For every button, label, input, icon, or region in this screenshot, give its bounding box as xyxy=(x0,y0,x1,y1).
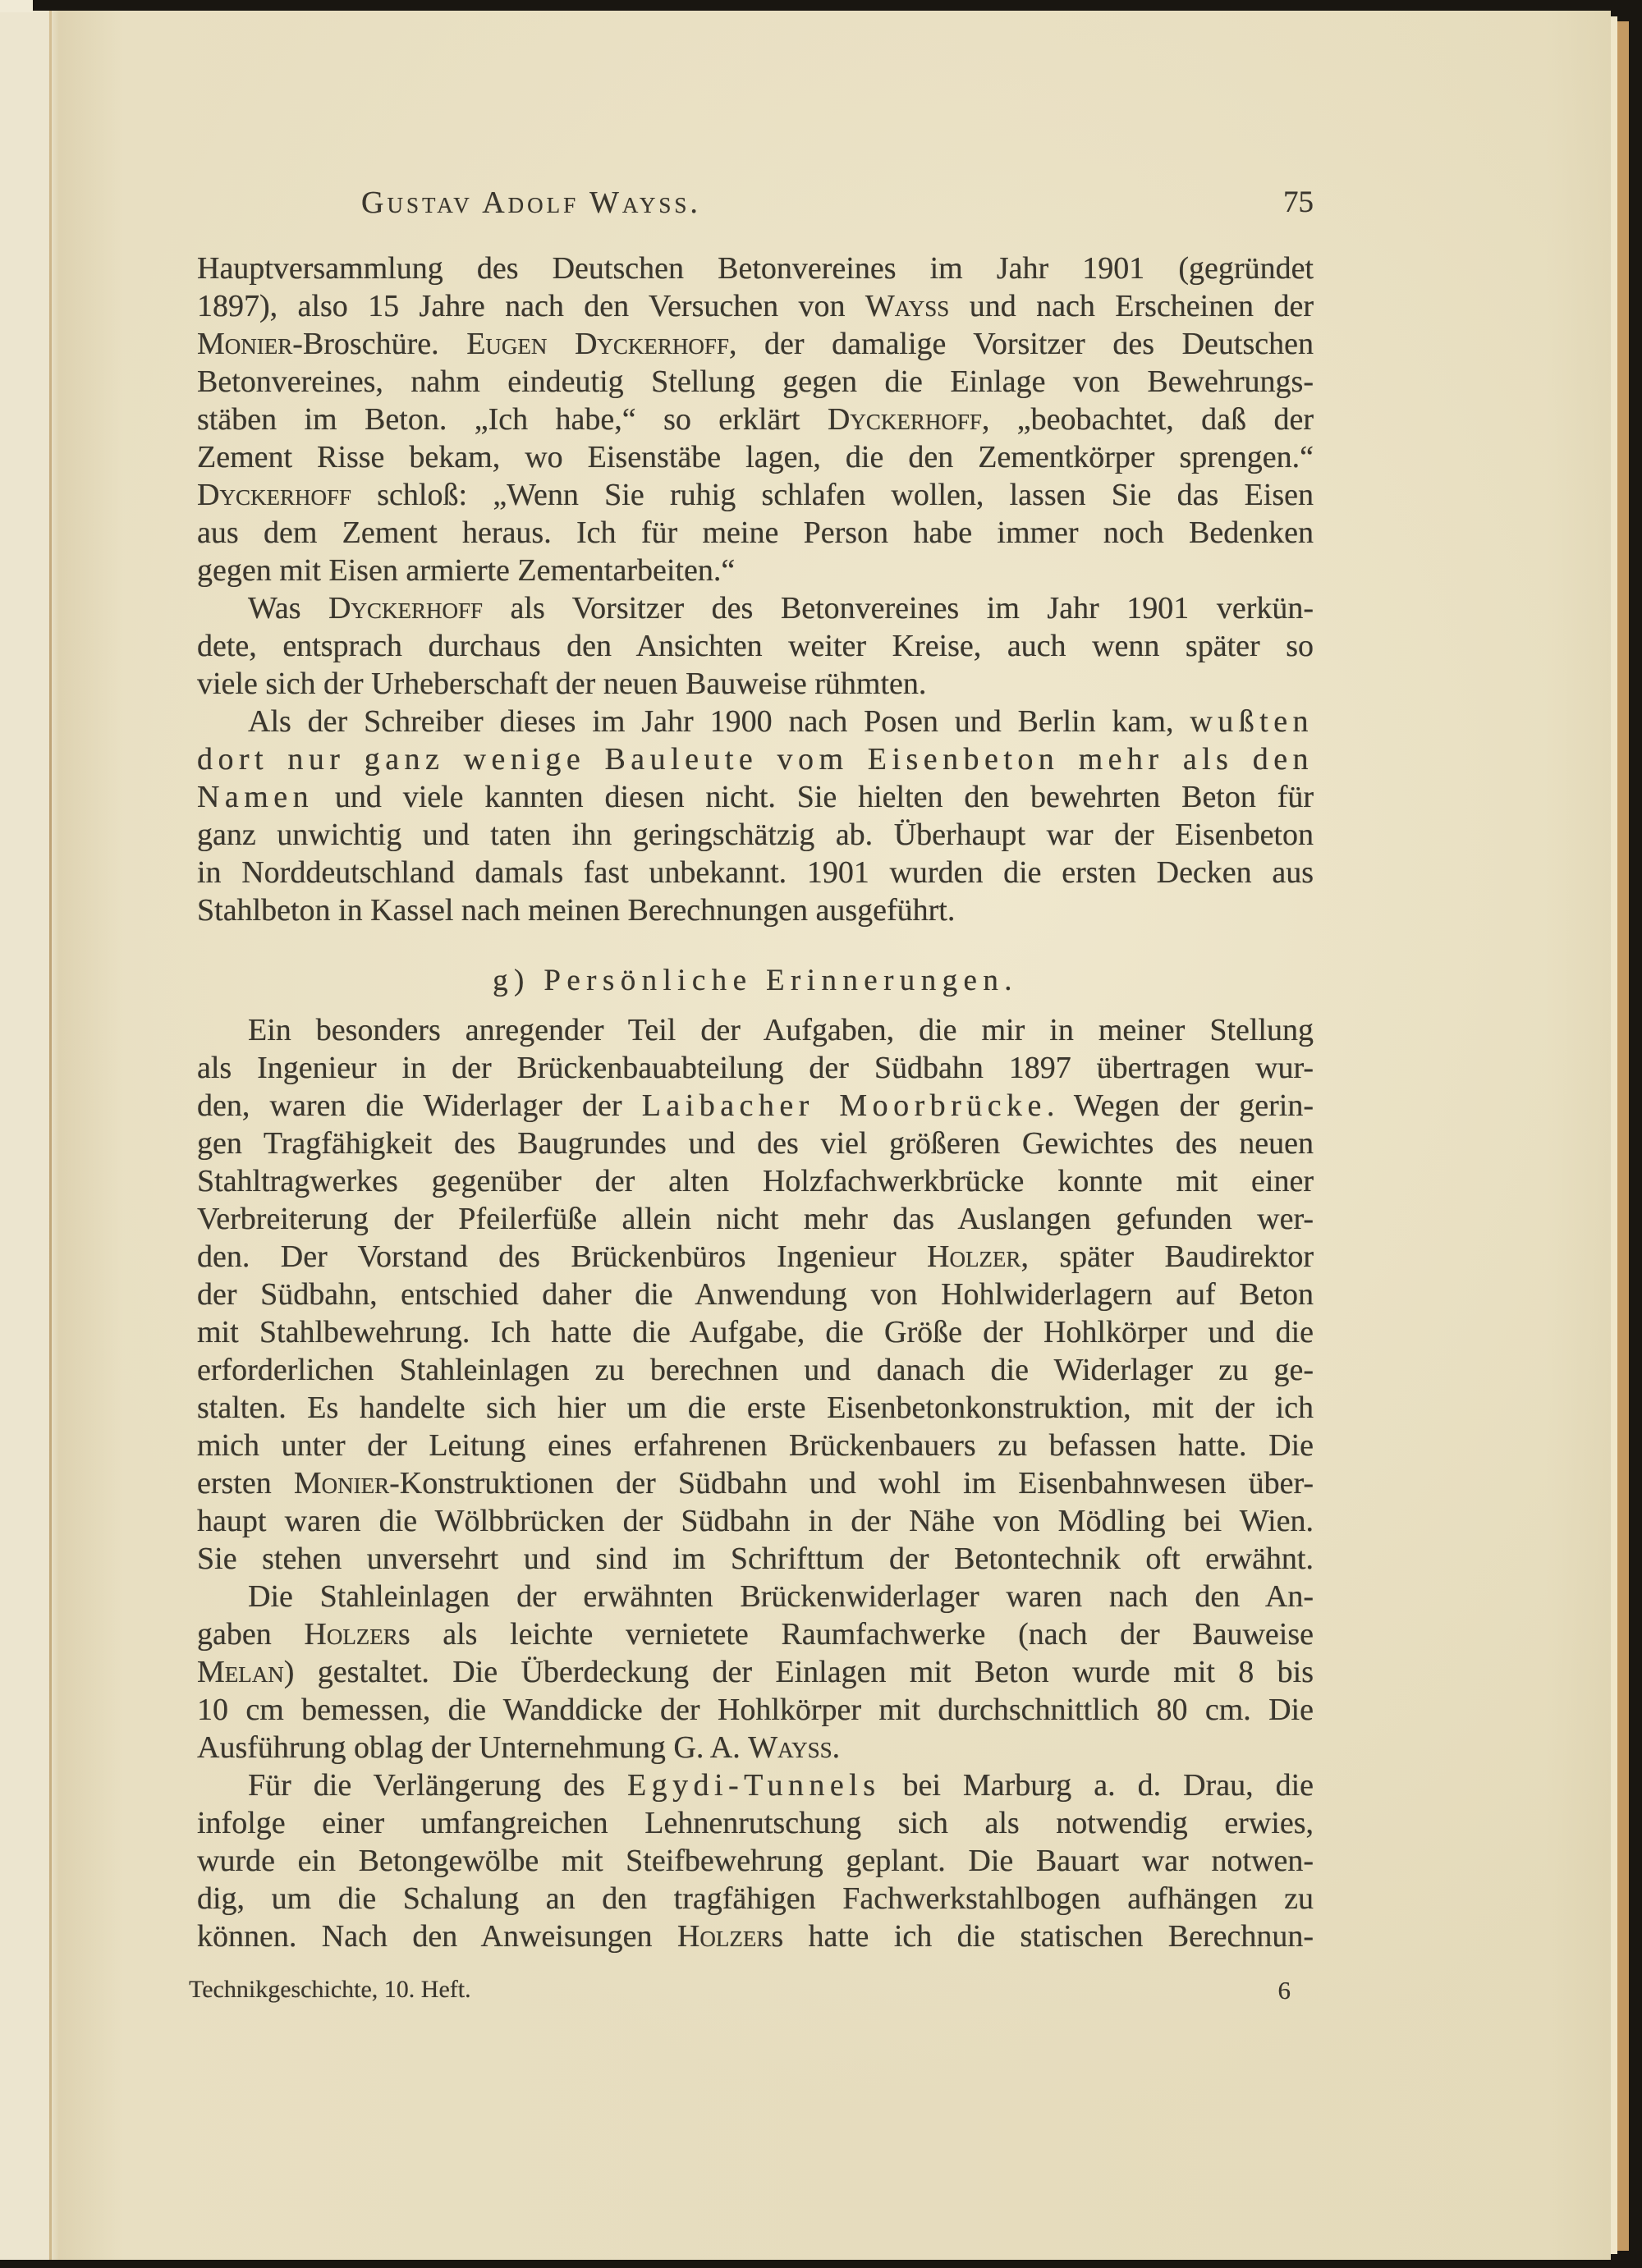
text-segment: Die Stahleinlagen der erwähnten Brückenw… xyxy=(248,1579,1314,1614)
text-line: aus dem Zement heraus. Ich für meine Per… xyxy=(197,514,1314,552)
letterspaced-text: Laibacher Moorbrücke xyxy=(642,1088,1047,1123)
small-caps-name: Wayss xyxy=(865,289,949,323)
text-segment: Zement Risse bekam, wo Eisenstäbe lagen,… xyxy=(197,440,1314,474)
text-line: dete, entsprach durchaus den Ansichten w… xyxy=(197,627,1314,665)
text-line: Für die Verlängerung des Egydi-Tunnels b… xyxy=(197,1766,1314,1804)
text-segment: den, waren die Widerlager der xyxy=(197,1088,642,1123)
body-paragraph: Für die Verlängerung des Egydi-Tunnels b… xyxy=(197,1766,1314,1955)
small-caps-name: Dyckerhoff xyxy=(197,478,351,512)
text-segment: , „beobachtet, daß der xyxy=(982,402,1314,437)
text-segment: Stahlbeton in Kassel nach meinen Berechn… xyxy=(197,893,955,928)
text-segment: schloß: „Wenn Sie ruhig schlafen wollen,… xyxy=(351,478,1314,512)
small-caps-name: Holzer xyxy=(927,1239,1021,1274)
text-segment: Verbreiterung der Pfeilerfüße allein nic… xyxy=(197,1202,1314,1236)
text-segment: Was xyxy=(248,591,328,625)
text-segment: stalten. Es handelte sich hier um die er… xyxy=(197,1391,1314,1425)
text-segment: 1897), also 15 Jahre nach den Versuchen … xyxy=(197,289,865,323)
text-segment: und nach Erscheinen der xyxy=(949,289,1314,323)
text-segment: dig, um die Schalung an den tragfähigen … xyxy=(197,1881,1314,1916)
page-edge-stack xyxy=(1611,16,1617,2254)
text-segment: können. Nach den Anweisungen xyxy=(197,1919,677,1954)
text-segment: ganz unwichtig und taten ihn geringschät… xyxy=(197,818,1314,852)
text-segment: erforderlichen Stahleinlagen zu berechne… xyxy=(197,1353,1314,1387)
body-paragraph: Ein besonders anregender Teil der Aufgab… xyxy=(197,1011,1314,1578)
text-line: können. Nach den Anweisungen Holzers hat… xyxy=(197,1917,1314,1955)
text-line: Als der Schreiber dieses im Jahr 1900 na… xyxy=(197,703,1314,740)
text-segment: als Ingenieur in der Brückenbauabteilung… xyxy=(197,1051,1314,1085)
text-line: mich unter der Leitung eines erfahrenen … xyxy=(197,1427,1314,1464)
small-caps-name: Monier xyxy=(197,327,292,361)
scan-background: Gustav Adolf Wayss. 75 Hauptversammlung … xyxy=(0,0,1642,2268)
letterspaced-text: wußten xyxy=(1190,704,1314,739)
text-line: Stahlbeton in Kassel nach meinen Berechn… xyxy=(197,891,1314,929)
text-line: mit Stahlbewehrung. Ich hatte die Aufgab… xyxy=(197,1313,1314,1351)
book-page: Gustav Adolf Wayss. 75 Hauptversammlung … xyxy=(0,11,1611,2260)
footer: 6 Technikgeschichte, 10. Heft. xyxy=(189,1976,1291,2005)
text-line: Monier-Broschüre. Eugen Dyckerhoff, der … xyxy=(197,325,1314,363)
text-segment: , der damalige Vorsitzer des Deutschen xyxy=(729,327,1314,361)
text-segment: . xyxy=(832,1730,841,1765)
text-line: den. Der Vorstand des Brückenbüros Ingen… xyxy=(197,1238,1314,1276)
text-body: Hauptversammlung des Deutschen Betonvere… xyxy=(197,250,1314,1955)
text-line: Namen und viele kannten diesen nicht. Si… xyxy=(197,778,1314,816)
text-line: Stahltragwerkes gegenüber der alten Holz… xyxy=(197,1162,1314,1200)
text-line: Hauptversammlung des Deutschen Betonvere… xyxy=(197,250,1314,287)
page-fold-line xyxy=(49,11,52,2260)
page-top-left-edge xyxy=(0,0,33,12)
text-segment: mich unter der Leitung eines erfahrenen … xyxy=(197,1428,1314,1463)
text-line: als Ingenieur in der Brückenbauabteilung… xyxy=(197,1049,1314,1087)
text-line: erforderlichen Stahleinlagen zu berechne… xyxy=(197,1351,1314,1389)
text-line: stalten. Es handelte sich hier um die er… xyxy=(197,1389,1314,1427)
page-edge-stack xyxy=(1617,21,1629,2251)
text-segment: , später Baudirektor xyxy=(1021,1239,1314,1274)
text-line: gaben Holzers als leichte vernietete Rau… xyxy=(197,1615,1314,1653)
text-line: gegen mit Eisen armierte Zementarbeiten.… xyxy=(197,552,1314,589)
text-segment: stäben im Beton. „Ich habe,“ so erklärt xyxy=(197,402,828,437)
text-segment: Ausführung oblag der Unternehmung G. A. xyxy=(197,1730,748,1765)
header-page-number: 75 xyxy=(1215,185,1314,221)
text-line: Verbreiterung der Pfeilerfüße allein nic… xyxy=(197,1200,1314,1238)
text-line: viele sich der Urheberschaft der neuen B… xyxy=(197,665,1314,703)
text-line: 10 cm bemessen, die Wanddicke der Hohlkö… xyxy=(197,1691,1314,1729)
text-segment: Für die Verlängerung des xyxy=(248,1768,627,1803)
letterspaced-text: Egydi-Tunnels xyxy=(627,1768,881,1803)
text-segment: der Südbahn, entschied daher die Anwendu… xyxy=(197,1277,1314,1312)
text-segment: ersten xyxy=(197,1466,294,1501)
small-caps-name: Melan xyxy=(197,1655,284,1689)
text-segment: gaben xyxy=(197,1617,304,1652)
body-paragraph: Hauptversammlung des Deutschen Betonvere… xyxy=(197,250,1314,589)
small-caps-name: Dyckerhoff xyxy=(328,591,483,625)
text-segment: gegen mit Eisen armierte Zementarbeiten.… xyxy=(197,553,735,588)
text-segment: als Vorsitzer des Betonvereines im Jahr … xyxy=(483,591,1314,625)
text-segment: Hauptversammlung des Deutschen Betonvere… xyxy=(197,251,1314,286)
text-segment: mit Stahlbewehrung. Ich hatte die Aufgab… xyxy=(197,1315,1314,1349)
text-segment: -Konstruktionen der Südbahn und wohl im … xyxy=(389,1466,1314,1501)
text-segment: ) gestaltet. Die Überdeckung der Einlage… xyxy=(284,1655,1314,1689)
text-segment: . Wegen der gerin- xyxy=(1047,1088,1314,1123)
text-line: 1897), also 15 Jahre nach den Versuchen … xyxy=(197,287,1314,325)
text-segment: bei Marburg a. d. Drau, die xyxy=(880,1768,1314,1803)
small-caps-name: Eugen Dyckerhoff xyxy=(466,327,729,361)
section-heading: g) Persönliche Erinnerungen. xyxy=(197,962,1314,1000)
letterspaced-text: dort nur ganz wenige Bauleute vom Eisenb… xyxy=(197,742,1314,777)
text-segment: Betonvereines, nahm eindeutig Stellung g… xyxy=(197,364,1314,399)
text-segment: haupt waren die Wölbbrücken der Südbahn … xyxy=(197,1504,1314,1538)
text-line: dort nur ganz wenige Bauleute vom Eisenb… xyxy=(197,740,1314,778)
text-line: Ausführung oblag der Unternehmung G. A. … xyxy=(197,1729,1314,1766)
text-line: gen Tragfähigkeit des Baugrundes und des… xyxy=(197,1125,1314,1162)
text-segment: aus dem Zement heraus. Ich für meine Per… xyxy=(197,515,1314,550)
small-caps-name: Holzer xyxy=(677,1919,771,1954)
text-segment: 10 cm bemessen, die Wanddicke der Hohlkö… xyxy=(197,1693,1314,1727)
text-line: der Südbahn, entschied daher die Anwendu… xyxy=(197,1276,1314,1313)
text-segment: wurde ein Betongewölbe mit Steifbewehrun… xyxy=(197,1844,1314,1878)
text-line: den, waren die Widerlager der Laibacher … xyxy=(197,1087,1314,1125)
body-paragraph: Als der Schreiber dieses im Jahr 1900 na… xyxy=(197,703,1314,929)
text-segment: in Norddeutschland damals fast unbekannt… xyxy=(197,855,1314,890)
small-caps-name: Holzer xyxy=(304,1617,397,1652)
text-line: infolge einer umfangreichen Lehnenrutsch… xyxy=(197,1804,1314,1842)
text-line: wurde ein Betongewölbe mit Steifbewehrun… xyxy=(197,1842,1314,1880)
text-line: ganz unwichtig und taten ihn geringschät… xyxy=(197,816,1314,854)
text-line: Melan) gestaltet. Die Überdeckung der Ei… xyxy=(197,1653,1314,1691)
text-segment: und viele kannten diesen nicht. Sie hiel… xyxy=(314,780,1314,814)
footer-page-number: 6 xyxy=(1278,1976,1291,2005)
text-segment: Sie stehen unversehrt und sind im Schrif… xyxy=(197,1542,1314,1576)
text-segment: den. Der Vorstand des Brückenbüros Ingen… xyxy=(197,1239,927,1274)
text-line: dig, um die Schalung an den tragfähigen … xyxy=(197,1880,1314,1917)
text-line: Betonvereines, nahm eindeutig Stellung g… xyxy=(197,363,1314,401)
text-segment: viele sich der Urheberschaft der neuen B… xyxy=(197,667,926,701)
text-segment: Stahltragwerkes gegenüber der alten Holz… xyxy=(197,1164,1314,1198)
text-line: Zement Risse bekam, wo Eisenstäbe lagen,… xyxy=(197,438,1314,476)
text-segment: -Broschüre. xyxy=(292,327,466,361)
text-line: Ein besonders anregender Teil der Aufgab… xyxy=(197,1011,1314,1049)
text-line: Dyckerhoff schloß: „Wenn Sie ruhig schla… xyxy=(197,476,1314,514)
small-caps-name: Dyckerhoff xyxy=(828,402,982,437)
small-caps-name: Wayss xyxy=(748,1730,832,1765)
text-segment: dete, entsprach durchaus den Ansichten w… xyxy=(197,629,1314,663)
text-line: Sie stehen unversehrt und sind im Schrif… xyxy=(197,1540,1314,1578)
text-segment: infolge einer umfangreichen Lehnenrutsch… xyxy=(197,1806,1314,1840)
letterspaced-text: Namen xyxy=(197,780,314,814)
text-segment: Ein besonders anregender Teil der Aufgab… xyxy=(248,1013,1314,1047)
text-segment: s hatte ich die statischen Berechnun- xyxy=(771,1919,1314,1954)
footer-journal-label: Technikgeschichte, 10. Heft. xyxy=(189,1976,471,2003)
text-segment: s als leichte vernietete Raumfachwerke (… xyxy=(398,1617,1314,1652)
text-line: stäben im Beton. „Ich habe,“ so erklärt … xyxy=(197,401,1314,438)
header-title: Gustav Adolf Wayss. xyxy=(361,185,701,221)
text-segment: gen Tragfähigkeit des Baugrundes und des… xyxy=(197,1126,1314,1161)
small-caps-name: Monier xyxy=(294,1466,389,1501)
body-paragraph: Die Stahleinlagen der erwähnten Brückenw… xyxy=(197,1578,1314,1766)
text-line: in Norddeutschland damals fast unbekannt… xyxy=(197,854,1314,891)
text-line: ersten Monier-Konstruktionen der Südbahn… xyxy=(197,1464,1314,1502)
body-paragraph: Was Dyckerhoff als Vorsitzer des Betonve… xyxy=(197,589,1314,703)
text-line: haupt waren die Wölbbrücken der Südbahn … xyxy=(197,1502,1314,1540)
text-segment: Als der Schreiber dieses im Jahr 1900 na… xyxy=(248,704,1190,739)
text-line: Die Stahleinlagen der erwähnten Brückenw… xyxy=(197,1578,1314,1615)
text-line: Was Dyckerhoff als Vorsitzer des Betonve… xyxy=(197,589,1314,627)
